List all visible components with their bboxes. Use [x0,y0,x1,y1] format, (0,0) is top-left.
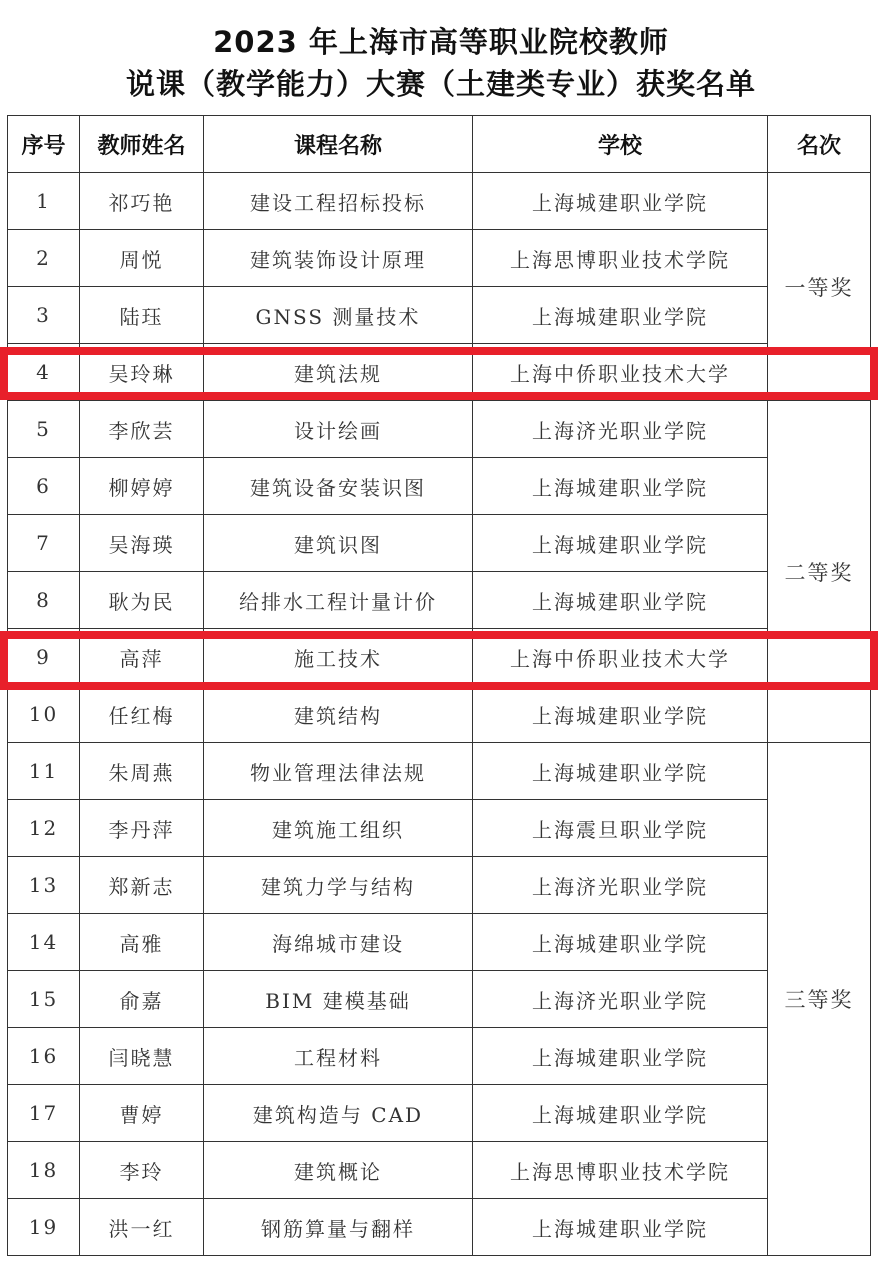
cell-name: 闫晓慧 [80,1028,204,1085]
table-row: 7 吴海瑛 建筑识图 上海城建职业学院 [8,515,871,572]
cell-course: 物业管理法律法规 [204,743,473,800]
cell-course: BIM 建模基础 [204,971,473,1028]
cell-school: 上海城建职业学院 [473,515,768,572]
cell-school: 上海思博职业技术学院 [473,1142,768,1199]
cell-no: 16 [8,1028,80,1085]
cell-award-first: 一等奖 [768,173,871,401]
cell-school: 上海城建职业学院 [473,1199,768,1256]
cell-course: 建设工程招标投标 [204,173,473,230]
table-row: 19 洪一红 钢筋算量与翻样 上海城建职业学院 [8,1199,871,1256]
table-row: 16 闫晓慧 工程材料 上海城建职业学院 [8,1028,871,1085]
cell-name: 洪一红 [80,1199,204,1256]
cell-no: 11 [8,743,80,800]
cell-award-second: 二等奖 [768,401,871,743]
table-row: 15 俞嘉 BIM 建模基础 上海济光职业学院 [8,971,871,1028]
cell-course: 海绵城市建设 [204,914,473,971]
cell-no: 13 [8,857,80,914]
cell-course: 工程材料 [204,1028,473,1085]
cell-course: 建筑法规 [204,344,473,401]
cell-name: 朱周燕 [80,743,204,800]
cell-school: 上海城建职业学院 [473,458,768,515]
cell-school: 上海中侨职业技术大学 [473,344,768,401]
document-title-line1: 2023 年上海市高等职业院校教师 [0,20,882,61]
cell-award-third: 三等奖 [768,743,871,1256]
cell-course: 建筑设备安装识图 [204,458,473,515]
cell-name: 吴玲琳 [80,344,204,401]
cell-name: 李丹萍 [80,800,204,857]
cell-school: 上海城建职业学院 [473,743,768,800]
cell-name: 陆珏 [80,287,204,344]
table-row: 14 高雅 海绵城市建设 上海城建职业学院 [8,914,871,971]
cell-name: 李玲 [80,1142,204,1199]
table-row: 1 祁巧艳 建设工程招标投标 上海城建职业学院 一等奖 [8,173,871,230]
cell-name: 李欣芸 [80,401,204,458]
cell-course: 建筑概论 [204,1142,473,1199]
cell-no: 14 [8,914,80,971]
cell-name: 吴海瑛 [80,515,204,572]
header-rank: 名次 [768,116,871,173]
cell-no: 3 [8,287,80,344]
cell-name: 周悦 [80,230,204,287]
cell-course: 建筑结构 [204,686,473,743]
table-row: 10 任红梅 建筑结构 上海城建职业学院 [8,686,871,743]
cell-no: 8 [8,572,80,629]
cell-school: 上海城建职业学院 [473,1028,768,1085]
award-table: 序号 教师姓名 课程名称 学校 名次 1 祁巧艳 建设工程招标投标 上海城建职业… [7,115,871,1256]
cell-school: 上海济光职业学院 [473,401,768,458]
cell-course: 给排水工程计量计价 [204,572,473,629]
cell-course: GNSS 测量技术 [204,287,473,344]
cell-no: 6 [8,458,80,515]
cell-no: 19 [8,1199,80,1256]
table-row: 8 耿为民 给排水工程计量计价 上海城建职业学院 [8,572,871,629]
cell-school: 上海城建职业学院 [473,686,768,743]
table-row: 5 李欣芸 设计绘画 上海济光职业学院 二等奖 [8,401,871,458]
cell-no: 1 [8,173,80,230]
table-row: 11 朱周燕 物业管理法律法规 上海城建职业学院 三等奖 [8,743,871,800]
cell-course: 建筑力学与结构 [204,857,473,914]
cell-name: 柳婷婷 [80,458,204,515]
cell-school: 上海城建职业学院 [473,1085,768,1142]
cell-course: 建筑施工组织 [204,800,473,857]
table-row: 4 吴玲琳 建筑法规 上海中侨职业技术大学 [8,344,871,401]
cell-no: 18 [8,1142,80,1199]
cell-name: 耿为民 [80,572,204,629]
table-row: 2 周悦 建筑装饰设计原理 上海思博职业技术学院 [8,230,871,287]
cell-no: 12 [8,800,80,857]
table-row: 17 曹婷 建筑构造与 CAD 上海城建职业学院 [8,1085,871,1142]
header-course-name: 课程名称 [204,116,473,173]
table-row: 9 高萍 施工技术 上海中侨职业技术大学 [8,629,871,686]
table-row: 13 郑新志 建筑力学与结构 上海济光职业学院 [8,857,871,914]
cell-no: 17 [8,1085,80,1142]
table-row: 6 柳婷婷 建筑设备安装识图 上海城建职业学院 [8,458,871,515]
cell-no: 2 [8,230,80,287]
cell-no: 9 [8,629,80,686]
cell-school: 上海城建职业学院 [473,914,768,971]
cell-no: 10 [8,686,80,743]
cell-school: 上海济光职业学院 [473,971,768,1028]
cell-school: 上海中侨职业技术大学 [473,629,768,686]
cell-school: 上海城建职业学院 [473,287,768,344]
cell-course: 钢筋算量与翻样 [204,1199,473,1256]
table-row: 18 李玲 建筑概论 上海思博职业技术学院 [8,1142,871,1199]
cell-course: 建筑装饰设计原理 [204,230,473,287]
cell-school: 上海震旦职业学院 [473,800,768,857]
cell-name: 任红梅 [80,686,204,743]
cell-course: 建筑识图 [204,515,473,572]
cell-name: 郑新志 [80,857,204,914]
table-row: 3 陆珏 GNSS 测量技术 上海城建职业学院 [8,287,871,344]
document-title-line2: 说课（教学能力）大赛（土建类专业）获奖名单 [0,62,882,103]
cell-name: 祁巧艳 [80,173,204,230]
cell-school: 上海城建职业学院 [473,173,768,230]
cell-course: 设计绘画 [204,401,473,458]
cell-name: 高萍 [80,629,204,686]
cell-name: 俞嘉 [80,971,204,1028]
cell-name: 曹婷 [80,1085,204,1142]
cell-no: 5 [8,401,80,458]
cell-school: 上海思博职业技术学院 [473,230,768,287]
header-row: 序号 教师姓名 课程名称 学校 名次 [8,116,871,173]
header-teacher-name: 教师姓名 [80,116,204,173]
cell-school: 上海济光职业学院 [473,857,768,914]
cell-no: 7 [8,515,80,572]
cell-name: 高雅 [80,914,204,971]
table-row: 12 李丹萍 建筑施工组织 上海震旦职业学院 [8,800,871,857]
header-school: 学校 [473,116,768,173]
cell-no: 15 [8,971,80,1028]
cell-course: 施工技术 [204,629,473,686]
cell-no: 4 [8,344,80,401]
cell-school: 上海城建职业学院 [473,572,768,629]
cell-course: 建筑构造与 CAD [204,1085,473,1142]
header-no: 序号 [8,116,80,173]
